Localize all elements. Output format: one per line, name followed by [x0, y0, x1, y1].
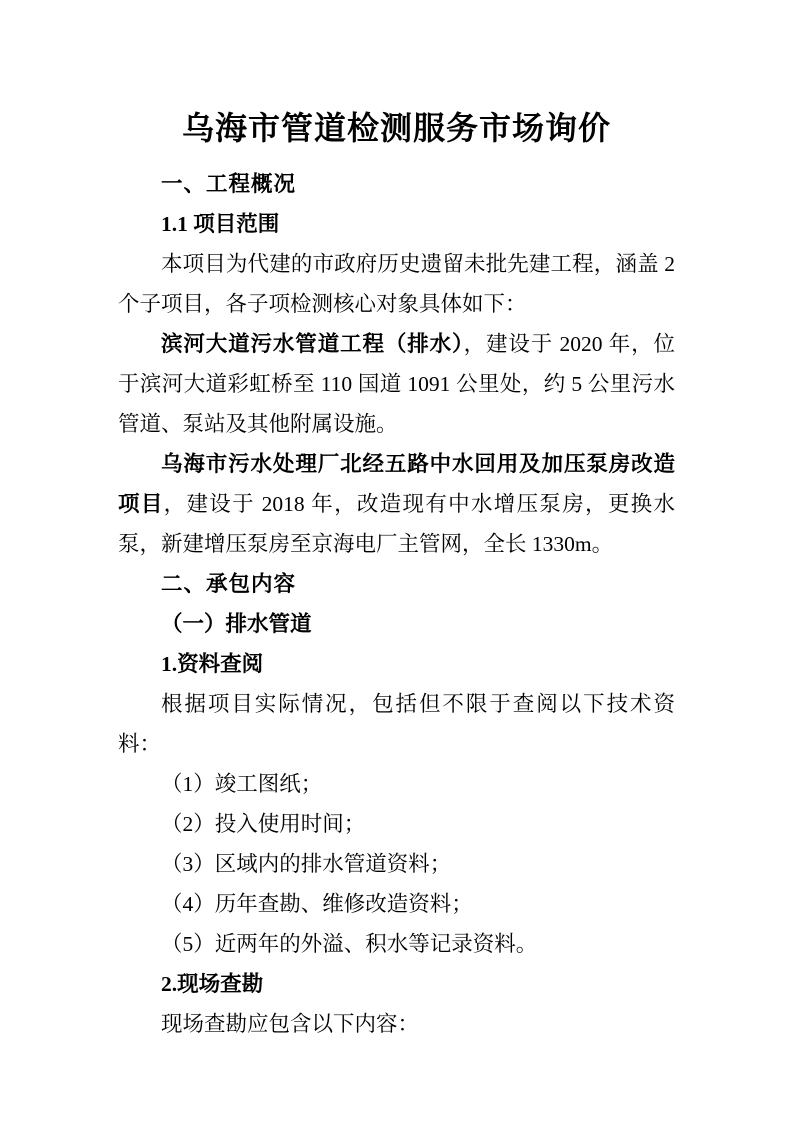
paragraph-site-survey-intro: 现场查勘应包含以下内容： [118, 1004, 675, 1044]
list-item-review-3: （3）区域内的排水管道资料； [118, 844, 675, 884]
heading-contract-content: 二、承包内容 [118, 564, 675, 604]
heading-site-survey: 2.现场查勘 [118, 964, 675, 1004]
binhe-project-name-bold: 滨河大道污水管道工程（排水） [161, 332, 464, 356]
document-page: 乌海市管道检测服务市场询价 一、工程概况 1.1 项目范围 本项目为代建的市政府… [0, 0, 793, 1122]
list-item-review-5: （5）近两年的外溢、积水等记录资料。 [118, 924, 675, 964]
heading-drainage-pipeline: （一）排水管道 [118, 604, 675, 644]
paragraph-zhongshui-project: 乌海市污水处理厂北经五路中水回用及加压泵房改造项目，建设于 2018 年，改造现… [118, 444, 675, 564]
zhongshui-project-detail: ，建设于 2018 年，改造现有中水增压泵房，更换水泵，新建增压泵房至京海电厂主… [118, 492, 675, 556]
heading-data-review: 1.资料查阅 [118, 644, 675, 684]
heading-project-scope: 1.1 项目范围 [118, 204, 675, 244]
list-item-review-4: （4）历年查勘、维修改造资料； [118, 884, 675, 924]
list-item-review-2: （2）投入使用时间； [118, 804, 675, 844]
list-item-review-1: （1）竣工图纸； [118, 764, 675, 804]
paragraph-project-intro: 本项目为代建的市政府历史遗留未批先建工程，涵盖 2 个子项目，各子项检测核心对象… [118, 244, 675, 324]
document-title: 乌海市管道检测服务市场询价 [118, 106, 675, 150]
paragraph-data-review-intro: 根据项目实际情况，包括但不限于查阅以下技术资料： [118, 684, 675, 764]
paragraph-binhe-project: 滨河大道污水管道工程（排水），建设于 2020 年，位于滨河大道彩虹桥至 110… [118, 324, 675, 444]
heading-project-overview: 一、工程概况 [118, 164, 675, 204]
